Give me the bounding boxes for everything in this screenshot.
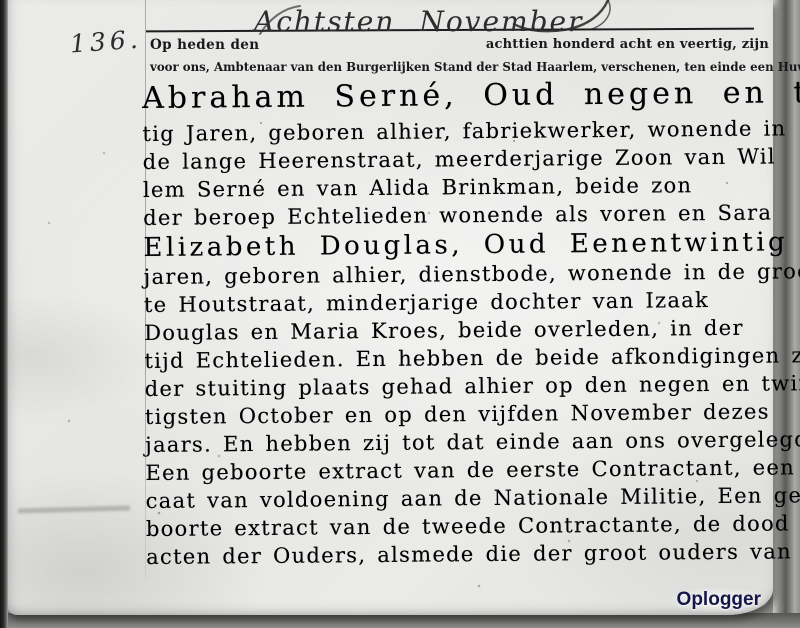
handwritten-line: acten der Ouders, alsmede die der groot … (146, 538, 778, 572)
handwritten-line: Abraham Serné, Oud negen en twin (142, 73, 774, 121)
handwritten-body: Abraham Serné, Oud negen en twin tig Jar… (142, 73, 778, 571)
page-number: 136. (69, 25, 143, 59)
ink-smudge (18, 506, 130, 514)
handwritten-date: Achtsten November (254, 5, 584, 38)
oplogger-watermark: Oplogger (671, 588, 767, 612)
document-page: 136. Achtsten November Op heden den acht… (8, 0, 773, 615)
scan-left-edge (0, 0, 8, 628)
printed-intro-prefix: Op heden den (150, 37, 260, 53)
printed-officiant-line: voor ons, Ambtenaar van den Burgerlijken… (150, 59, 800, 74)
scanned-marriage-record: 136. Achtsten November Op heden den acht… (0, 0, 800, 628)
printed-intro-suffix: achttien honderd acht en veertig, zijn (486, 37, 769, 52)
scan-bottom-shadow (0, 613, 800, 628)
